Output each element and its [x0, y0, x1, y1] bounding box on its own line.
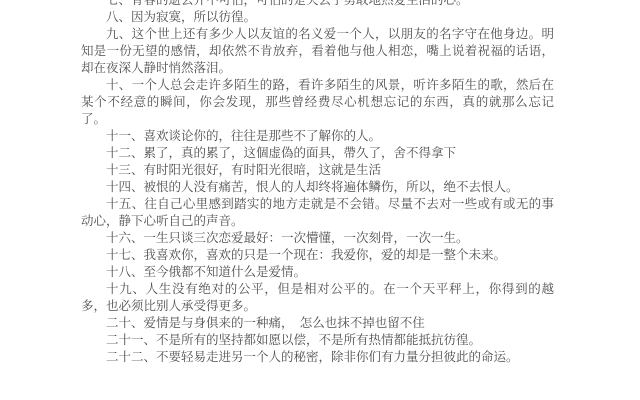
quote-paragraph-十七: 十七、我喜欢你，喜欢的只是一个现在：我爱你，爱的却是一整个未来。 [81, 247, 554, 264]
quote-paragraph-十四: 十四、被恨的人没有痛苦，恨人的人却终将遍体鳞伤，所以，绝不去恨人。 [81, 179, 554, 196]
quote-paragraph-十九: 十九、人生没有绝对的公平，但是相对公平的。在一个天平秤上，你得到的越多，也必须比… [81, 281, 554, 315]
document-page: 七、青春的逝去并不可怕，可怕的是失去了勇敢地热爱生活的心。八、因为寂寞，所以彷徨… [0, 0, 640, 400]
quote-paragraph-九: 九、这个世上还有多少人以友谊的名义爱一个人，以朋友的名字守在他身边。明知是一份无… [81, 26, 554, 77]
quote-paragraph-十: 十、一个人总会走许多陌生的路，看许多陌生的风景，听许多陌生的歌，然后在某个不经意… [81, 77, 554, 128]
quote-paragraph-二十二: 二十二、不要轻易走进另一个人的秘密，除非你们有力量分担彼此的命运。 [81, 349, 554, 366]
quote-paragraph-七: 七、青春的逝去并不可怕，可怕的是失去了勇敢地热爱生活的心。 [81, 0, 554, 9]
quote-paragraph-十五: 十五、往自己心里感到踏实的地方走就是不会错。尽量不去对一些或有或无的事动心，静下… [81, 196, 554, 230]
quote-paragraph-十一: 十一、喜欢谈论你的，往往是那些不了解你的人。 [81, 128, 554, 145]
quote-paragraph-二十一: 二十一、不是所有的坚持都如愿以偿，不是所有热情都能抵抗彷徨。 [81, 332, 554, 349]
quote-paragraph-二十: 二十、爱情是与身俱来的一种痛， 怎么也抹不掉也留不住 [81, 315, 554, 332]
quote-paragraph-八: 八、因为寂寞，所以彷徨。 [81, 9, 554, 26]
quote-paragraph-十三: 十三、有时阳光很好，有时阳光很暗，这就是生活 [81, 162, 554, 179]
quote-paragraph-十六: 十六、一生只谈三次恋爱最好：一次懵懂，一次刻骨，一次一生。 [81, 230, 554, 247]
quote-list: 七、青春的逝去并不可怕，可怕的是失去了勇敢地热爱生活的心。八、因为寂寞，所以彷徨… [81, 0, 554, 366]
quote-paragraph-十二: 十二、累了，真的累了，这個虚偽的面具，帶久了，舍不得拿下 [81, 145, 554, 162]
quote-paragraph-十八: 十八、至今俄都不知道什么是爱情。 [81, 264, 554, 281]
